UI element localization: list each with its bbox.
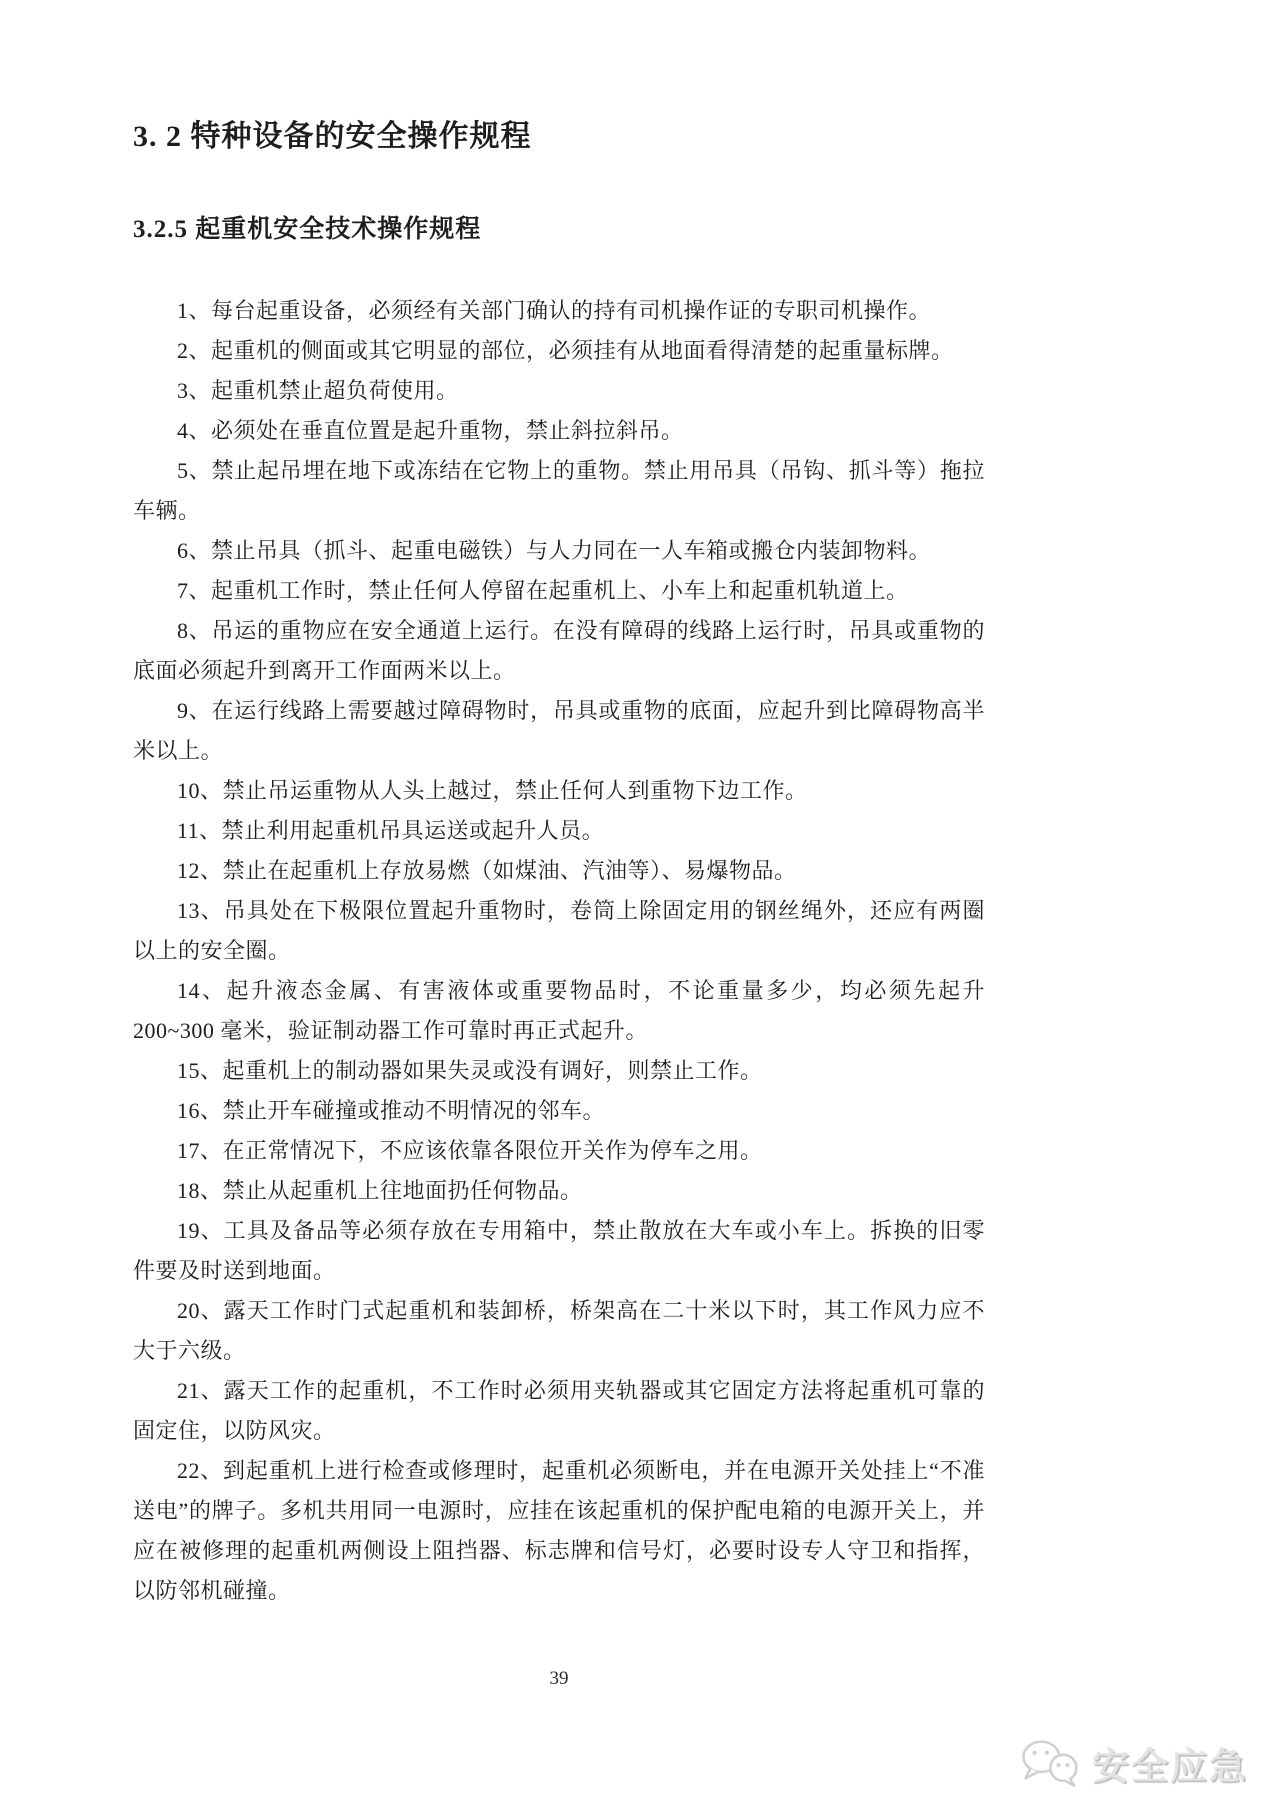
list-item: 17、在正常情况下，不应该依靠各限位开关作为停车之用。 xyxy=(133,1131,985,1171)
watermark: 安全应急 xyxy=(1018,1736,1248,1790)
watermark-label: 安全应急 xyxy=(1092,1736,1248,1790)
list-item: 22、到起重机上进行检查或修理时，起重机必须断电，并在电源开关处挂上“不准送电”… xyxy=(133,1451,985,1611)
wechat-chat-bubbles-icon xyxy=(1018,1738,1084,1788)
list-item: 18、禁止从起重机上往地面扔任何物品。 xyxy=(133,1171,985,1211)
list-item: 3、起重机禁止超负荷使用。 xyxy=(133,371,985,411)
list-item: 4、必须处在垂直位置是起升重物，禁止斜拉斜吊。 xyxy=(133,411,985,451)
list-item: 11、禁止利用起重机吊具运送或起升人员。 xyxy=(133,811,985,851)
section-heading: 3.2.5 起重机安全技术操作规程 xyxy=(133,214,985,246)
list-item: 12、禁止在起重机上存放易燃（如煤油、汽油等）、易爆物品。 xyxy=(133,851,985,891)
document-page: 3. 2 特种设备的安全操作规程 3.2.5 起重机安全技术操作规程 1、每台起… xyxy=(0,0,1280,1810)
page-title: 3. 2 特种设备的安全操作规程 xyxy=(133,118,985,156)
list-item: 5、禁止起吊埋在地下或冻结在它物上的重物。禁止用吊具（吊钩、抓斗等）拖拉车辆。 xyxy=(133,451,985,531)
list-item: 19、工具及备品等必须存放在专用箱中，禁止散放在大车或小车上。拆换的旧零件要及时… xyxy=(133,1211,985,1291)
list-item: 8、吊运的重物应在安全通道上运行。在没有障碍的线路上运行时，吊具或重物的底面必须… xyxy=(133,611,985,691)
list-item: 15、起重机上的制动器如果失灵或没有调好，则禁止工作。 xyxy=(133,1051,985,1091)
list-item: 2、起重机的侧面或其它明显的部位，必须挂有从地面看得清楚的起重量标牌。 xyxy=(133,331,985,371)
regulation-list: 1、每台起重设备，必须经有关部门确认的持有司机操作证的专职司机操作。 2、起重机… xyxy=(133,291,985,1611)
list-item: 21、露天工作的起重机，不工作时必须用夹轨器或其它固定方法将起重机可靠的固定住，… xyxy=(133,1371,985,1451)
list-item: 6、禁止吊具（抓斗、起重电磁铁）与人力同在一人车箱或搬仓内装卸物料。 xyxy=(133,531,985,571)
page-number: 39 xyxy=(133,1668,985,1690)
list-item: 9、在运行线路上需要越过障碍物时，吊具或重物的底面，应起升到比障碍物高半米以上。 xyxy=(133,691,985,771)
list-item: 10、禁止吊运重物从人头上越过，禁止任何人到重物下边工作。 xyxy=(133,771,985,811)
list-item: 7、起重机工作时，禁止任何人停留在起重机上、小车上和起重机轨道上。 xyxy=(133,571,985,611)
list-item: 20、露天工作时门式起重机和装卸桥，桥架高在二十米以下时，其工作风力应不大于六级… xyxy=(133,1291,985,1371)
list-item: 14、起升液态金属、有害液体或重要物品时，不论重量多少，均必须先起升 200~3… xyxy=(133,971,985,1051)
list-item: 16、禁止开车碰撞或推动不明情况的邻车。 xyxy=(133,1091,985,1131)
list-item: 13、吊具处在下极限位置起升重物时，卷筒上除固定用的钢丝绳外，还应有两圈以上的安… xyxy=(133,891,985,971)
list-item: 1、每台起重设备，必须经有关部门确认的持有司机操作证的专职司机操作。 xyxy=(133,291,985,331)
